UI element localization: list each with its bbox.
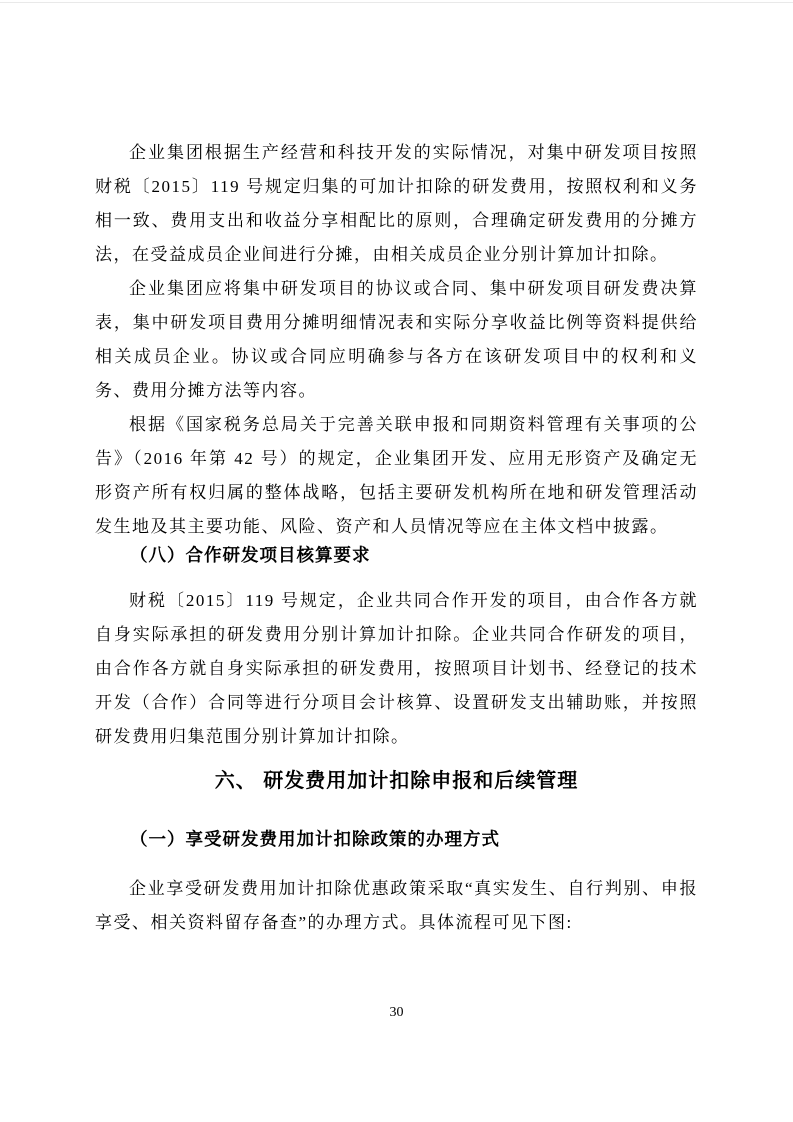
chapter-heading-6-declaration-management: 六、 研发费用加计扣除申报和后续管理 <box>95 766 698 796</box>
paragraph-group-rd-materials: 企业集团应将集中研发项目的协议或合同、集中研发项目研发费决算表，集中研发项目费用… <box>95 272 698 408</box>
paragraph-cooperative-rd-accounting: 财税〔2015〕119 号规定，企业共同合作开发的项目，由合作各方就自身实际承担… <box>95 584 698 754</box>
paragraph-master-file-disclosure: 根据《国家税务总局关于完善关联申报和同期资料管理有关事项的公告》（2016 年第… <box>95 408 698 544</box>
document-page: 企业集团根据生产经营和科技开发的实际情况，对集中研发项目按照财税〔2015〕11… <box>0 0 793 1122</box>
paragraph-group-rd-allocation: 企业集团根据生产经营和科技开发的实际情况，对集中研发项目按照财税〔2015〕11… <box>95 136 698 272</box>
subsection-heading-1-handling-method: （一）享受研发费用加计扣除政策的办理方式 <box>95 822 698 856</box>
page-number: 30 <box>0 1004 793 1022</box>
paragraph-policy-handling-method: 企业享受研发费用加计扣除优惠政策采取“真实发生、自行判别、申报享受、相关资料留存… <box>95 872 698 940</box>
